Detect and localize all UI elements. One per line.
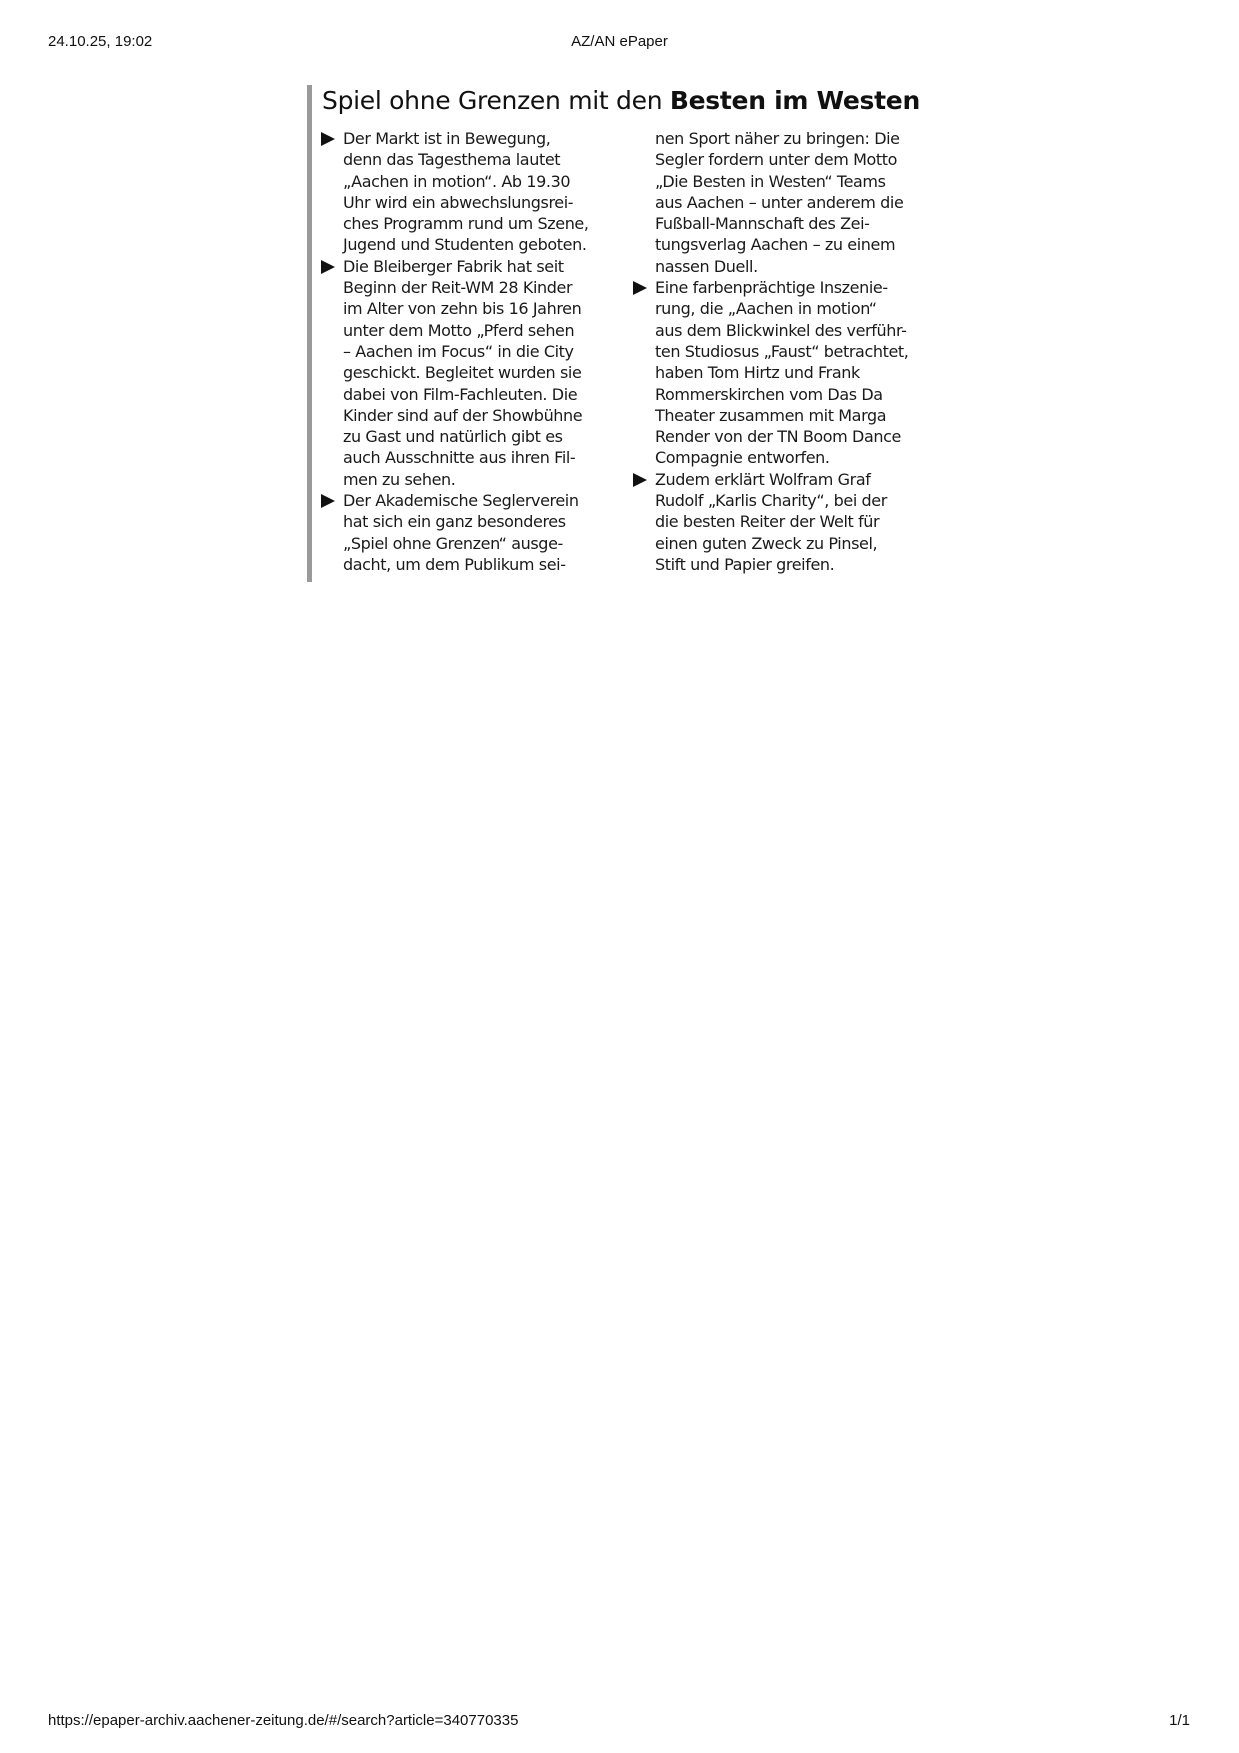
text-line: Jugend und Studenten geboten. [343, 234, 621, 255]
print-page-title: AZ/AN ePaper [0, 33, 1239, 50]
bullet-triangle-icon [321, 260, 335, 274]
text-line: die besten Reiter der Welt für [655, 511, 938, 532]
text-line: einen guten Zweck zu Pinsel, [655, 533, 938, 554]
text-line: zu Gast und natürlich gibt es [343, 426, 621, 447]
text-line: ches Programm rund um Szene, [343, 213, 621, 234]
article-column-2: nen Sport näher zu bringen: Die Segler f… [633, 128, 938, 575]
text-line: Die Bleiberger Fabrik hat seit [343, 256, 621, 277]
bullet-item: Der Markt ist in Bewegung, denn das Tage… [321, 128, 621, 256]
print-source-url: https://epaper-archiv.aachener-zeitung.d… [48, 1712, 518, 1729]
text-line: auch Ausschnitte aus ihren Fil- [343, 447, 621, 468]
continued-item: nen Sport näher zu bringen: Die Segler f… [633, 128, 938, 277]
text-line: dabei von Film-Fachleuten. Die [343, 384, 621, 405]
bullet-triangle-icon [321, 494, 335, 508]
bullet-triangle-icon [321, 132, 335, 146]
bullet-item: Der Akademische Seglerverein hat sich ei… [321, 490, 621, 575]
text-line: haben Tom Hirtz und Frank [655, 362, 938, 383]
headline-regular: Spiel ohne Grenzen mit den [322, 86, 670, 115]
text-line: men zu sehen. [343, 469, 621, 490]
text-line: geschickt. Begleitet wurden sie [343, 362, 621, 383]
text-line: „Aachen in motion“. Ab 19.30 [343, 171, 621, 192]
bullet-item: Die Bleiberger Fabrik hat seit Beginn de… [321, 256, 621, 490]
text-line: – Aachen im Focus“ in die City [343, 341, 621, 362]
text-line: Compagnie entworfen. [655, 447, 938, 468]
text-line: im Alter von zehn bis 16 Jahren [343, 298, 621, 319]
text-line: Der Akademische Seglerverein [343, 490, 621, 511]
bullet-triangle-icon [633, 281, 647, 295]
text-line: Zudem erklärt Wolfram Graf [655, 469, 938, 490]
bullet-item: Eine farbenprächtige Inszenie- rung, die… [633, 277, 938, 469]
text-line: denn das Tagesthema lautet [343, 149, 621, 170]
text-line: aus Aachen – unter anderem die [655, 192, 938, 213]
article: Spiel ohne Grenzen mit den Besten im Wes… [305, 83, 945, 583]
article-accent-bar [307, 85, 312, 582]
text-line: Fußball-Mannschaft des Zei- [655, 213, 938, 234]
text-line: nen Sport näher zu bringen: Die [655, 128, 938, 149]
text-line: „Die Besten in Westen“ Teams [655, 171, 938, 192]
text-line: ten Studiosus „Faust“ betrachtet, [655, 341, 938, 362]
text-line: Eine farbenprächtige Inszenie- [655, 277, 938, 298]
text-line: Der Markt ist in Bewegung, [343, 128, 621, 149]
text-line: Rudolf „Karlis Charity“, bei der [655, 490, 938, 511]
text-line: Theater zusammen mit Marga [655, 405, 938, 426]
text-line: aus dem Blickwinkel des verführ- [655, 320, 938, 341]
bullet-item: Zudem erklärt Wolfram Graf Rudolf „Karli… [633, 469, 938, 575]
text-line: „Spiel ohne Grenzen“ ausge- [343, 533, 621, 554]
text-line: rung, die „Aachen in motion“ [655, 298, 938, 319]
text-line: Render von der TN Boom Dance [655, 426, 938, 447]
text-line: unter dem Motto „Pferd sehen [343, 320, 621, 341]
text-line: Uhr wird ein abwechslungsrei- [343, 192, 621, 213]
article-headline: Spiel ohne Grenzen mit den Besten im Wes… [322, 83, 920, 119]
text-line: dacht, um dem Publikum sei- [343, 554, 621, 575]
text-line: hat sich ein ganz besonderes [343, 511, 621, 532]
headline-bold: Besten im Westen [670, 86, 920, 115]
text-line: Kinder sind auf der Showbühne [343, 405, 621, 426]
print-page-number: 1/1 [1169, 1712, 1190, 1729]
text-line: Segler fordern unter dem Motto [655, 149, 938, 170]
article-column-1: Der Markt ist in Bewegung, denn das Tage… [321, 128, 621, 575]
bullet-triangle-icon [633, 473, 647, 487]
text-line: Stift und Papier greifen. [655, 554, 938, 575]
text-line: nassen Duell. [655, 256, 938, 277]
text-line: Beginn der Reit-WM 28 Kinder [343, 277, 621, 298]
text-line: Rommerskirchen vom Das Da [655, 384, 938, 405]
text-line: tungsverlag Aachen – zu einem [655, 234, 938, 255]
